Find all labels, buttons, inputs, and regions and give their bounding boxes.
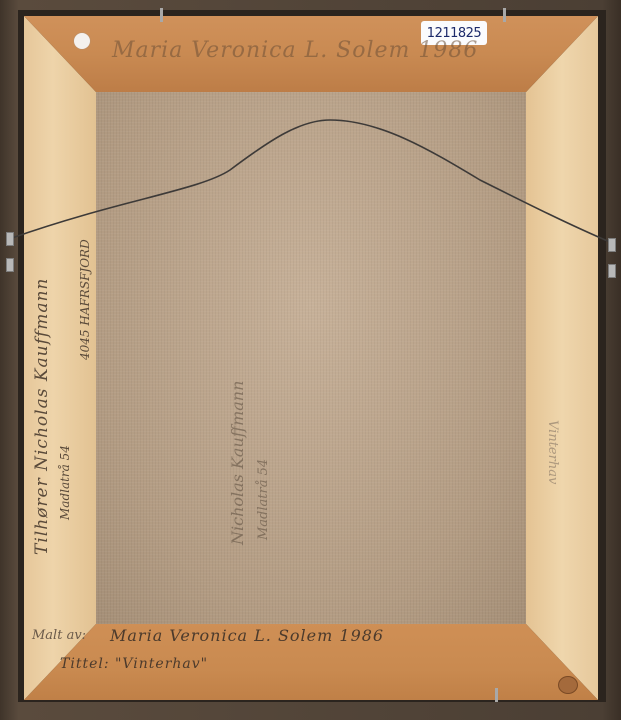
staple	[495, 688, 498, 702]
hanging-wire	[0, 0, 621, 720]
staple	[160, 8, 163, 22]
wire-hanger-clip-left	[6, 232, 14, 246]
wire-hanger-clip-right	[608, 264, 616, 278]
wire-hanger-clip-left	[6, 258, 14, 272]
staple	[503, 8, 506, 22]
wire-hanger-clip-right	[608, 238, 616, 252]
